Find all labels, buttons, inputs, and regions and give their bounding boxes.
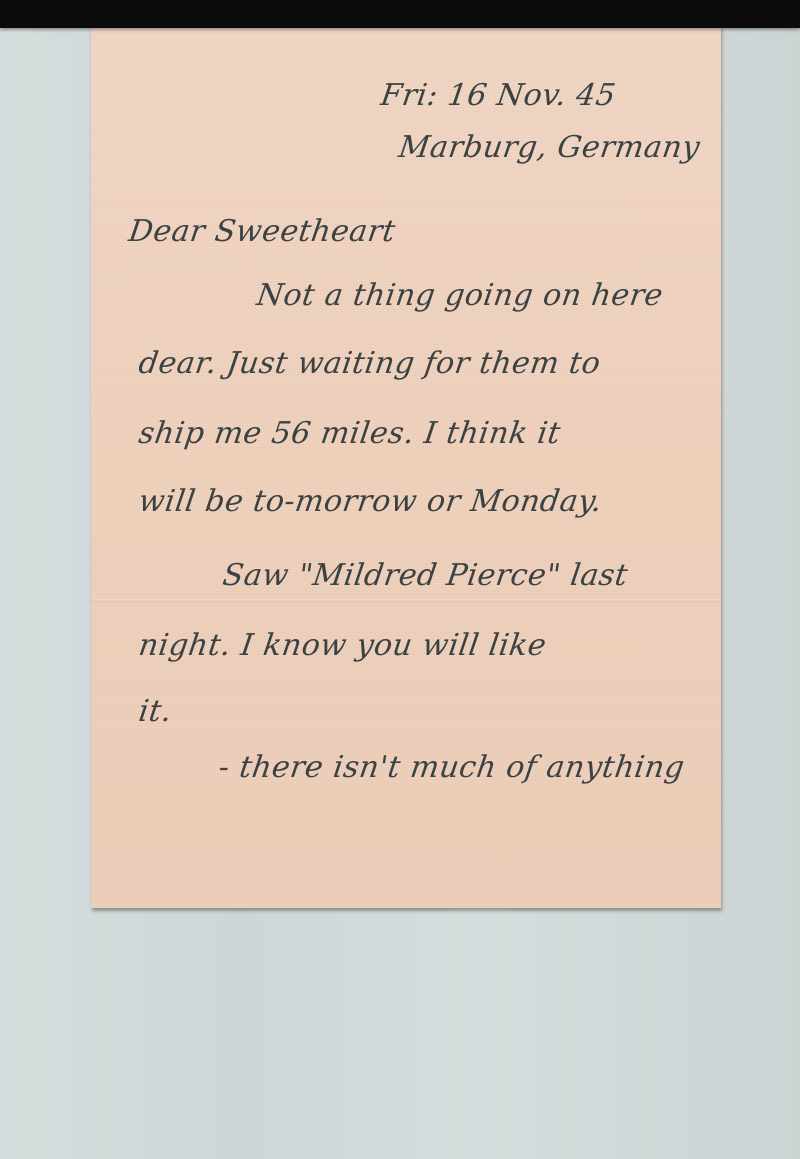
letter-sheet: Fri: 16 Nov. 45 Marburg, Germany Dear Sw… xyxy=(91,26,721,908)
letter-date: Fri: 16 Nov. 45 xyxy=(379,78,618,113)
scanner-top-bar xyxy=(0,0,800,28)
letter-body-line: - there isn't much of anything xyxy=(217,750,687,785)
paper-fold-line xyxy=(91,599,721,602)
letter-body-line: ship me 56 miles. I think it xyxy=(137,416,563,451)
letter-body-line: night. I know you will like xyxy=(137,628,549,663)
letter-body-line: dear. Just waiting for them to xyxy=(137,346,603,381)
letter-body-line: will be to-morrow or Monday. xyxy=(137,484,605,519)
letter-body-line: Not a thing going on here xyxy=(255,278,666,313)
letter-body-line: Saw "Mildred Pierce" last xyxy=(221,558,631,593)
letter-salutation: Dear Sweetheart xyxy=(127,214,398,249)
letter-body-line: it. xyxy=(137,694,175,729)
letter-place: Marburg, Germany xyxy=(397,130,703,165)
